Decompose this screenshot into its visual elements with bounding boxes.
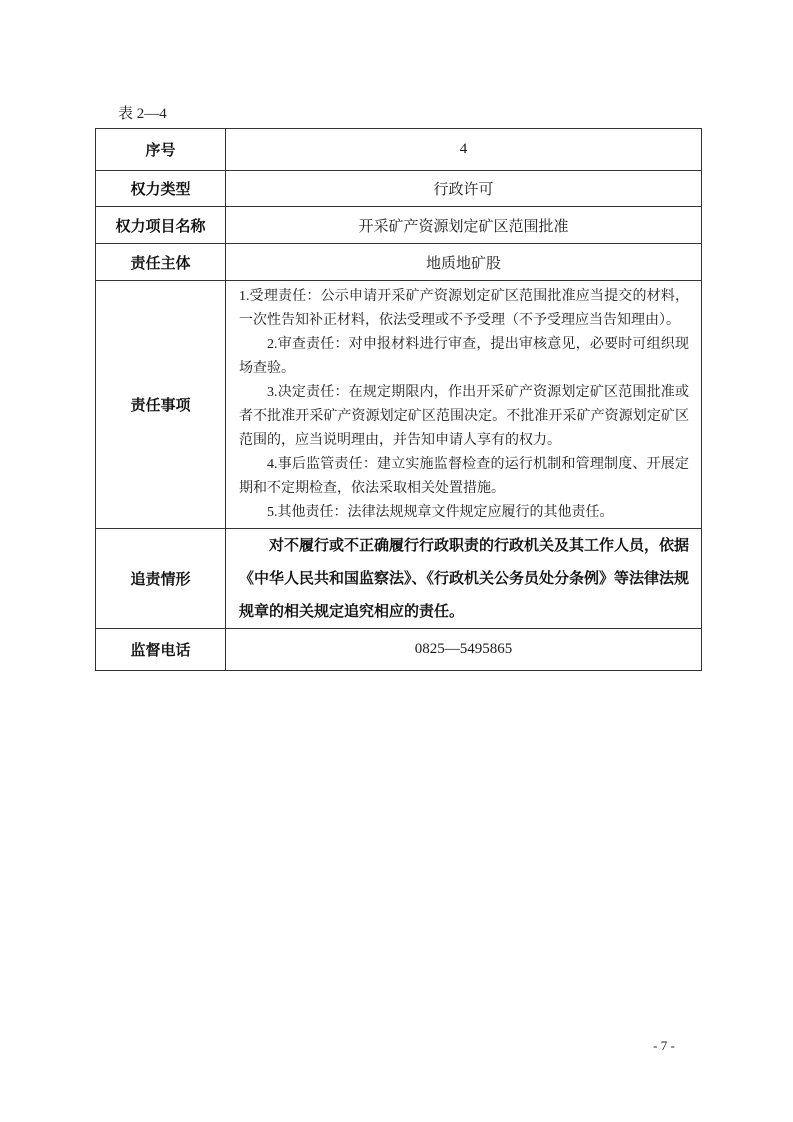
row-value-serial-number: 4 xyxy=(226,129,701,170)
accountability-text: 对不履行或不正确履行行政职责的行政机关及其工作人员，依据《中华人民共和国监察法》… xyxy=(239,529,689,628)
table-caption: 表 2—4 xyxy=(118,104,167,124)
row-value-responsible-body: 地质地矿股 xyxy=(226,244,701,280)
row-label-power-type: 权力类型 xyxy=(96,171,226,206)
row-label-responsible-body: 责任主体 xyxy=(96,244,226,280)
table-row-power-item-name: 权力项目名称 开采矿产资源划定矿区范围批准 xyxy=(96,206,701,243)
responsibility-table: 序号 4 权力类型 行政许可 权力项目名称 开采矿产资源划定矿区范围批准 责任主… xyxy=(95,128,702,671)
responsibility-item-4: 4.事后监管责任：建立实施监督检查的运行机制和管理制度、开展定期和不定期检查，依… xyxy=(239,453,689,501)
document-page: 表 2—4 序号 4 权力类型 行政许可 权力项目名称 开采矿产资源划定矿区范围… xyxy=(0,0,793,1122)
table-row-supervision-phone: 监督电话 0825—5495865 xyxy=(96,628,701,670)
row-value-responsibility-items: 1.受理责任：公示申请开采矿产资源划定矿区范围批准应当提交的材料，一次性告知补正… xyxy=(226,281,701,528)
responsibility-item-3: 3.决定责任：在规定期限内，作出开采矿产资源划定矿区范围批准或者不批准开采矿产资… xyxy=(239,381,689,453)
table-row-responsibility-items: 责任事项 1.受理责任：公示申请开采矿产资源划定矿区范围批准应当提交的材料，一次… xyxy=(96,280,701,528)
responsibility-item-1: 1.受理责任：公示申请开采矿产资源划定矿区范围批准应当提交的材料，一次性告知补正… xyxy=(239,285,689,333)
row-value-power-item-name: 开采矿产资源划定矿区范围批准 xyxy=(226,207,701,243)
row-label-accountability-situations: 追责情形 xyxy=(96,529,226,628)
row-label-responsibility-items: 责任事项 xyxy=(96,281,226,528)
table-row-responsible-body: 责任主体 地质地矿股 xyxy=(96,243,701,280)
row-value-supervision-phone: 0825—5495865 xyxy=(226,629,701,670)
row-value-power-type: 行政许可 xyxy=(226,171,701,206)
row-label-serial-number: 序号 xyxy=(96,129,226,170)
page-number: - 7 - xyxy=(640,1038,688,1054)
row-value-accountability-situations: 对不履行或不正确履行行政职责的行政机关及其工作人员，依据《中华人民共和国监察法》… xyxy=(226,529,701,628)
responsibility-item-5: 5.其他责任：法律法规规章文件规定应履行的其他责任。 xyxy=(239,501,689,525)
table-row-accountability-situations: 追责情形 对不履行或不正确履行行政职责的行政机关及其工作人员，依据《中华人民共和… xyxy=(96,528,701,628)
table-row-power-type: 权力类型 行政许可 xyxy=(96,170,701,206)
responsibility-item-2: 2.审查责任：对申报材料进行审查，提出审核意见，必要时可组织现场查验。 xyxy=(239,333,689,381)
row-label-power-item-name: 权力项目名称 xyxy=(96,207,226,243)
row-label-supervision-phone: 监督电话 xyxy=(96,629,226,670)
table-row-serial-number: 序号 4 xyxy=(96,129,701,170)
